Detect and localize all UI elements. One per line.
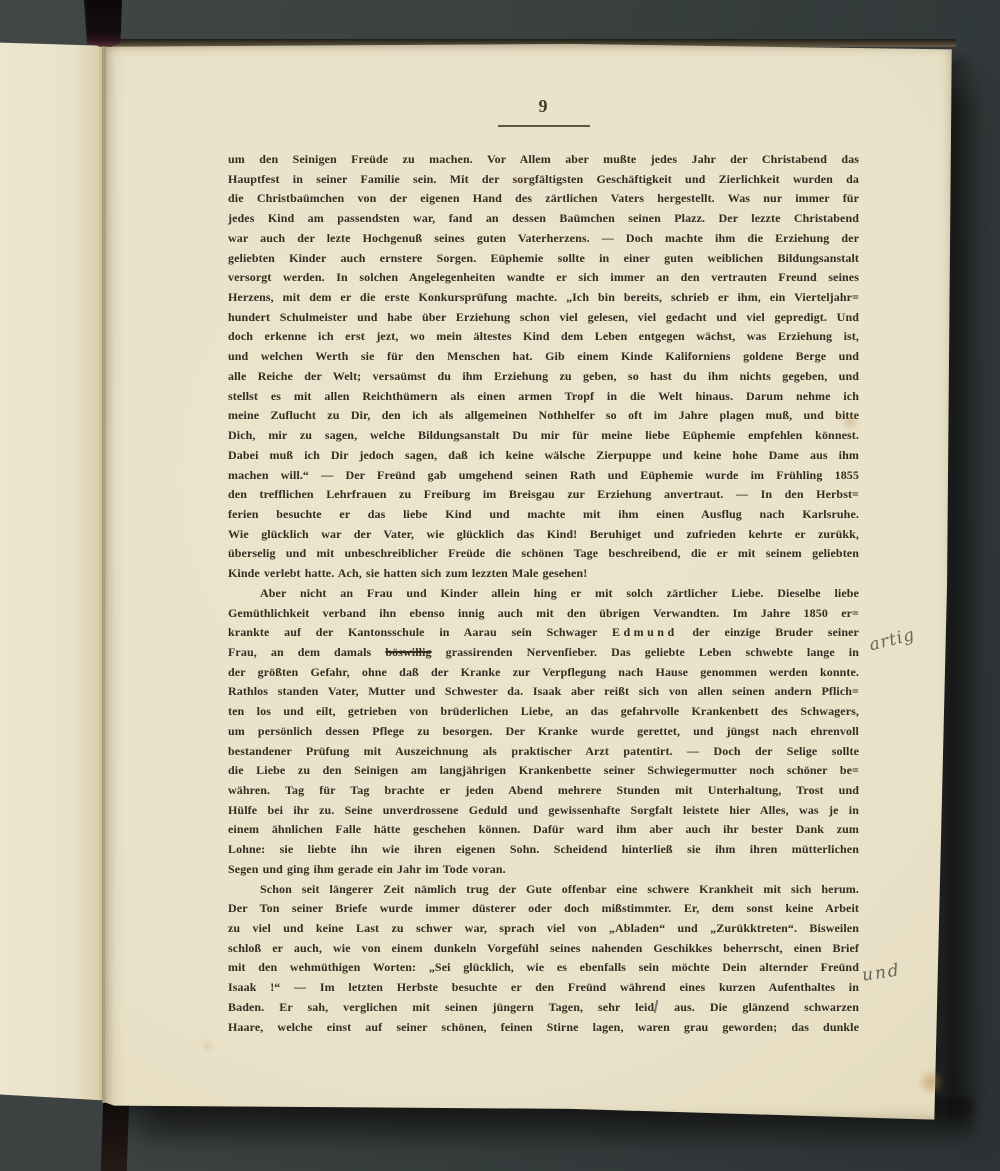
text-line: einem ähnlichen Falle hätte geschehen kö… [228, 820, 859, 840]
foxing-spot [516, 176, 528, 186]
gutter-fold [102, 45, 105, 1103]
struck-word: böswillig [385, 645, 431, 659]
text-block: um den Seinigen Freüde zu machen. Vor Al… [228, 150, 859, 1037]
text-line: Schon seit längerer Zeit nämlich trug de… [228, 880, 859, 900]
text-line: Frau, an dem damals böswillig grassirend… [228, 643, 859, 663]
text-line: Dabei muß ich Dir jedoch sagen, daß ich … [228, 446, 859, 466]
paragraph: Schon seit längerer Zeit nämlich trug de… [228, 880, 859, 1038]
book-page: 9 um den Seinigen Freüde zu machen. Vor … [104, 44, 953, 1124]
text-line: Dich, mir zu sagen, welche Bildungsansta… [228, 426, 859, 446]
book-spine-edge [101, 1099, 130, 1171]
text-line: Isaak !“ — Im letzten Herbste besuchte e… [228, 978, 859, 998]
text-line: war auch der lezte Hochgenuß seines gute… [228, 229, 859, 249]
text-line: versorgt werden. In solchen Angelegenhei… [228, 268, 859, 288]
text-line: mit den wehmüthigen Worten: „Sei glückli… [228, 958, 859, 978]
text-line: Haare, welche einst auf seiner schönen, … [228, 1018, 859, 1038]
text-line: Hülfe bei ihr zu. Seine unverdrossene Ge… [228, 801, 859, 821]
text-line: stellst es mit allen Reichthümern als ei… [228, 387, 859, 407]
text-line: die Christbaümchen von der eigenen Hand … [228, 189, 859, 209]
text-line: überselig und mit unbeschreiblicher Freü… [228, 544, 859, 564]
text-line: um den Seinigen Freüde zu machen. Vor Al… [228, 150, 859, 170]
text-line: doch erkenne ich erst jezt, wo mein älte… [228, 327, 859, 347]
letterspaced-name: Edmund [612, 625, 678, 639]
text-line: Hauptfest in seiner Familie sein. Mit de… [228, 170, 859, 190]
text-line: Kinde verlebt hatte. Ach, sie hatten sic… [228, 564, 859, 584]
text-line: währen. Tag für Tag brachte er jeden Abe… [228, 781, 859, 801]
text-line: ferien besuchte er das liebe Kind und ma… [228, 505, 859, 525]
text-line: Herzens, mit dem er die erste Konkursprü… [228, 288, 859, 308]
text-line: hundert Schulmeister und habe über Erzie… [228, 308, 859, 328]
text-line: Lohne: sie liebte ihn wie ihren eigenen … [228, 840, 859, 860]
paragraph: um den Seinigen Freüde zu machen. Vor Al… [228, 150, 859, 584]
text-line: machen will.“ — Der Freünd gab umgehend … [228, 466, 859, 486]
header-rule [498, 125, 590, 127]
text-line: Rathlos standen Vater, Mutter und Schwes… [228, 682, 859, 702]
text-line: krankte auf der Kantonsschule in Aarau s… [228, 623, 859, 643]
text-line: Aber nicht an Frau und Kinder allein hin… [228, 584, 859, 604]
text-line: Der Ton seiner Briefe wurde immer düster… [228, 899, 859, 919]
foxing-spot [200, 1040, 214, 1051]
text-line: zu viel und keine Last zu schwer war, sp… [228, 919, 859, 939]
foxing-spot [916, 1070, 946, 1094]
text-line: Gemüthlichkeit verband ihn ebenso innig … [228, 604, 859, 624]
text-line: alle Reiche der Welt; versaümst du ihm E… [228, 367, 859, 387]
text-line: den trefflichen Lehrfrauen zu Freiburg i… [228, 485, 859, 505]
page-number: 9 [228, 96, 859, 117]
text-line: und welchen Werth sie für den Menschen h… [228, 347, 859, 367]
text-line: ten los und eilt, getrieben von brüderli… [228, 702, 859, 722]
text-line: Baden. Er sah, verglichen mit seinen jün… [228, 998, 859, 1018]
text-line: meine Zuflucht zu Dir, den ich als allge… [228, 406, 859, 426]
foxing-spot [840, 414, 860, 430]
text-line: Wie glücklich war der Vater, wie glückli… [228, 525, 859, 545]
page-header: 9 [228, 96, 859, 127]
text-line: Segen und ging ihm gerade ein Jahr im To… [228, 860, 859, 880]
text-line: die Liebe zu den Seinigen am langjährige… [228, 761, 859, 781]
text-line: um persönlich dessen Pflege zu besorgen.… [228, 722, 859, 742]
right-edge-shadow [948, 58, 976, 1122]
text-line: geliebten Kinder auch ernstere Sorgen. E… [228, 249, 859, 269]
text-line: schloß er auch, wie von einem dunkeln Vo… [228, 939, 859, 959]
pencil-insertion-mark [654, 1000, 659, 1013]
facing-page-edge [0, 41, 104, 1103]
paragraph: Aber nicht an Frau und Kinder allein hin… [228, 584, 859, 880]
book-scan-photo: 9 um den Seinigen Freüde zu machen. Vor … [0, 0, 1000, 1171]
bookmark-ribbon [84, 0, 122, 47]
text-line: bestandener Prüfung mit Auszeichnung als… [228, 742, 859, 762]
text-line: der größten Gefahr, ohne daß der Kranke … [228, 663, 859, 683]
text-line: jedes Kind am passendsten war, fand an d… [228, 209, 859, 229]
